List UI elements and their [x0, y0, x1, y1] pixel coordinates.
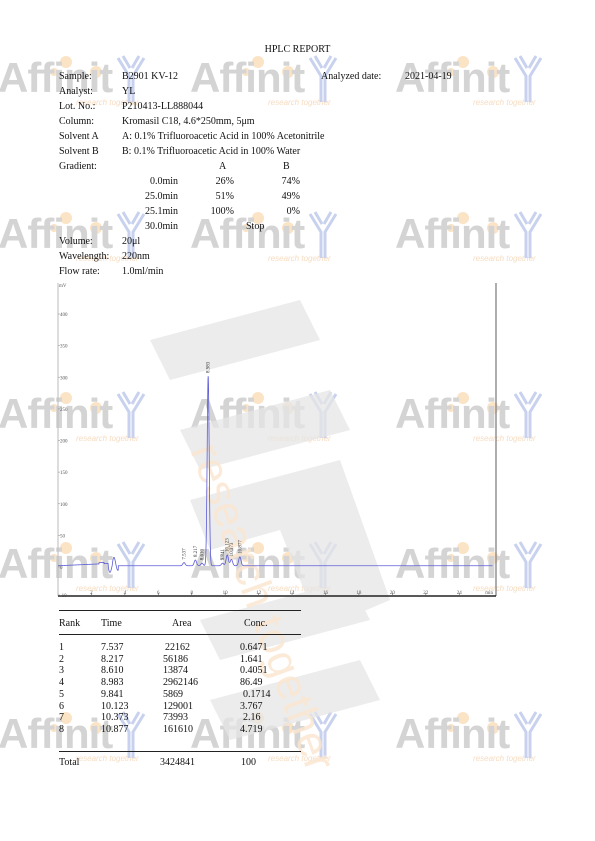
y-tick-label: 50 [60, 534, 66, 539]
chromatogram-trace [58, 376, 492, 572]
x-tick-label: 24 [457, 591, 463, 596]
peak-label: 10.373 [230, 542, 235, 556]
x-tick-label: 12 [256, 591, 262, 596]
x-axis-title: min [485, 591, 493, 596]
x-tick-label: 16 [323, 591, 329, 596]
peak-label: 8.610 [200, 548, 205, 560]
peak-label: 8.217 [194, 545, 199, 557]
y-tick-label: 300 [60, 376, 68, 381]
chromatogram-chart: mV-1005010015020025030035040024681012141… [0, 0, 595, 841]
y-tick-label: 100 [60, 503, 68, 508]
y-tick-label: 200 [60, 440, 68, 445]
x-tick-label: 22 [423, 591, 429, 596]
y-tick-label: 0 [60, 566, 63, 571]
x-tick-label: 14 [290, 591, 296, 596]
y-axis-title: mV [59, 284, 67, 289]
peak-label: 8.983 [207, 361, 212, 373]
y-tick-label: 350 [60, 345, 68, 350]
x-tick-label: 20 [390, 591, 396, 596]
y-tick-label: -10 [60, 594, 67, 599]
peak-label: 10.877 [238, 540, 243, 554]
y-tick-label: 150 [60, 471, 68, 476]
y-tick-label: 250 [60, 408, 68, 413]
peak-label: 7.537 [183, 548, 188, 560]
y-tick-label: 400 [60, 313, 68, 318]
x-tick-label: 18 [356, 591, 362, 596]
x-tick-label: 10 [223, 591, 229, 596]
